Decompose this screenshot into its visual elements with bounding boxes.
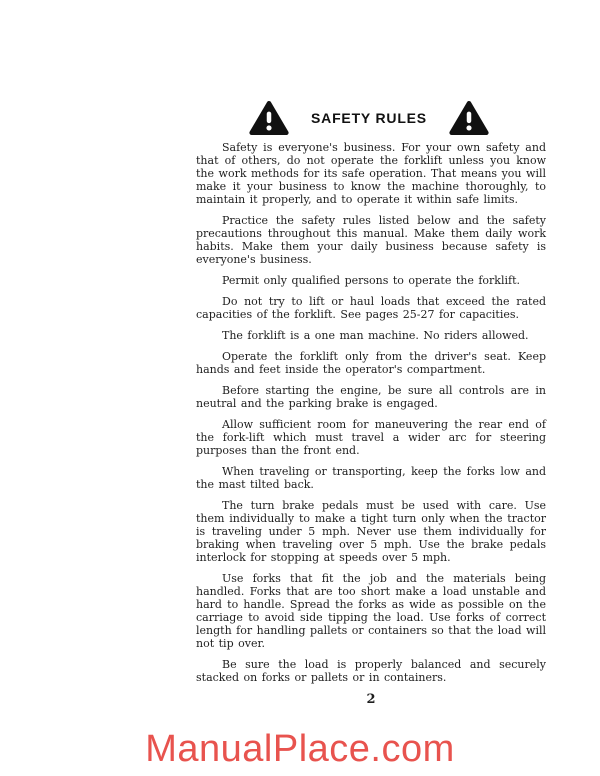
watermark-text: ManualPlace.com <box>0 729 600 769</box>
safety-paragraph: Practice the safety rules listed below a… <box>196 214 546 266</box>
safety-paragraph: Be sure the load is properly balanced an… <box>196 658 546 684</box>
warning-triangle-icon <box>448 100 490 136</box>
manual-page: SAFETY RULES Safety is everyone's busine… <box>0 0 600 776</box>
safety-paragraph: Use forks that fit the job and the mater… <box>196 572 546 650</box>
safety-paragraph: Safety is everyone's business. For your … <box>196 141 546 206</box>
page-title: SAFETY RULES <box>311 110 427 126</box>
safety-paragraph: The forklift is a one man machine. No ri… <box>196 329 546 342</box>
safety-paragraph: When traveling or transporting, keep the… <box>196 465 546 491</box>
safety-paragraph: Allow sufficient room for maneuvering th… <box>196 418 546 457</box>
safety-paragraph: Do not try to lift or haul loads that ex… <box>196 295 546 321</box>
safety-paragraph: The turn brake pedals must be used with … <box>196 499 546 564</box>
safety-paragraph: Operate the forklift only from the drive… <box>196 350 546 376</box>
page-header: SAFETY RULES <box>248 99 490 137</box>
page-number: 2 <box>196 692 546 707</box>
safety-paragraph: Permit only qualified persons to operate… <box>196 274 546 287</box>
warning-triangle-icon <box>248 100 290 136</box>
safety-paragraph: Before starting the engine, be sure all … <box>196 384 546 410</box>
page-content: SAFETY RULES Safety is everyone's busine… <box>196 99 546 707</box>
